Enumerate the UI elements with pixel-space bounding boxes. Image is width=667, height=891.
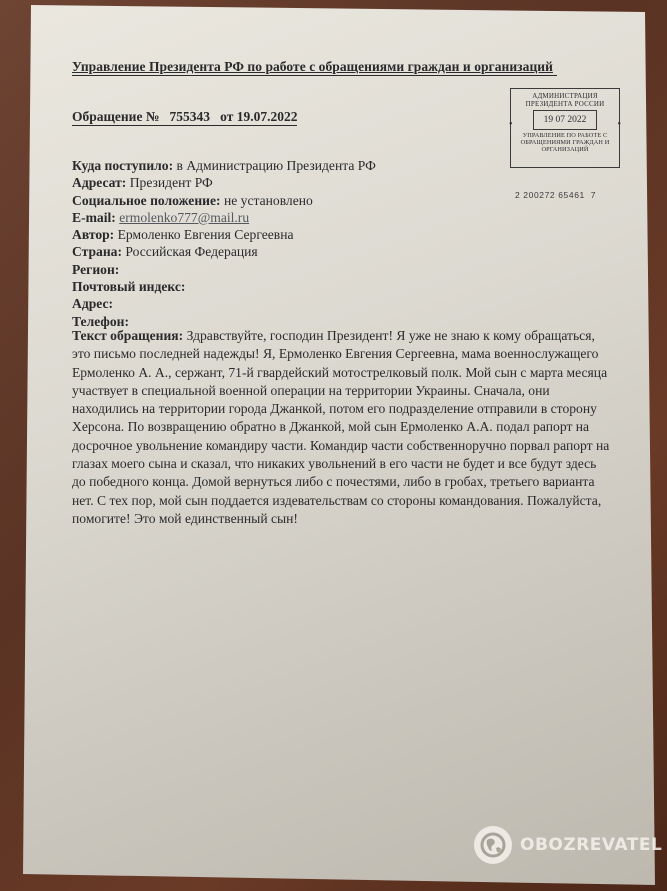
header-underline (72, 75, 557, 76)
stamp-date-box: • 19 07 2022 • (533, 110, 597, 130)
appeal-number-line: Обращение № 755343 от 19.07.2022 (72, 109, 297, 126)
field-row: Социальное положение: не установлено (72, 192, 376, 209)
appeal-text-line: нет. С тех пор, мой сын поддается издева… (72, 493, 601, 508)
field-label: Адресат: (72, 175, 126, 190)
document-header: Управление Президента РФ по работе с обр… (72, 59, 553, 75)
appeal-text-line: находились на территории города Джанкой,… (72, 401, 597, 416)
appeal-text-line: до победного конца. Домой вернуться либо… (72, 474, 595, 489)
appeal-text-line: Ермоленко А. А., сержант, 71-й гвардейск… (72, 365, 607, 380)
field-label: Куда поступило: (72, 158, 173, 173)
watermark: OBOZREVATEL (474, 826, 662, 864)
appeal-text-line: досрочное увольнение командиру части. Ко… (72, 438, 609, 453)
watermark-brand: OBOZREVATEL (520, 835, 662, 855)
stamp-top-text: АДМИНИСТРАЦИЯ ПРЕЗИДЕНТА РОССИИ (511, 92, 619, 108)
appeal-text-label: Текст обращения: (72, 328, 183, 343)
appeal-text-line: участвует в специальной военной операции… (72, 383, 550, 398)
field-row: Автор: Ермоленко Евгения Сергеевна (72, 226, 376, 243)
stamp-date: 19 07 2022 (544, 115, 587, 125)
appeal-text-line: Херсона. По возвращению обратно в Джанко… (72, 419, 589, 434)
stamp-dot-icon: • (617, 116, 621, 134)
field-label: E-mail: (72, 210, 116, 225)
appeal-text: Текст обращения: Здравствуйте, господин … (72, 327, 627, 528)
appeal-text-line: помогите! Это мой единственный сын! (72, 511, 298, 526)
appeal-text-line: Здравствуйте, господин Президент! Я уже … (183, 328, 595, 343)
field-value: Президент РФ (126, 175, 213, 190)
field-row: Адресат: Президент РФ (72, 174, 376, 191)
document: Управление Президента РФ по работе с обр… (0, 0, 667, 891)
field-row: Страна: Российская Федерация (72, 243, 376, 260)
stamp-dot-icon: • (509, 116, 513, 134)
field-row: Адрес: (72, 295, 376, 312)
field-label: Страна: (72, 244, 122, 259)
appeal-text-line: глазах моего сына и сказал, что никаких … (72, 456, 596, 471)
field-value: Ермоленко Евгения Сергеевна (114, 227, 293, 242)
barcode (522, 170, 598, 192)
field-row: Регион: (72, 261, 376, 278)
registration-stamp: АДМИНИСТРАЦИЯ ПРЕЗИДЕНТА РОССИИ • 19 07 … (510, 88, 620, 168)
globe-logo-icon (474, 826, 512, 864)
field-label: Адрес: (72, 296, 113, 311)
appeal-text-body: Здравствуйте, господин Президент! Я уже … (72, 328, 609, 526)
appeal-fields: Куда поступило: в Администрацию Президен… (72, 157, 376, 330)
email-link[interactable]: ermolenko777@mail.ru (119, 210, 249, 225)
field-value: не установлено (221, 193, 313, 208)
field-row: Куда поступило: в Администрацию Президен… (72, 157, 376, 174)
field-row: E-mail: ermolenko777@mail.ru (72, 209, 376, 226)
field-label: Почтовый индекс: (72, 279, 185, 294)
field-label: Автор: (72, 227, 114, 242)
field-label: Регион: (72, 262, 119, 277)
field-value: Российская Федерация (122, 244, 258, 259)
barcode-number: 2 200272 65461 7 (515, 190, 596, 200)
stamp-bottom-text: УПРАВЛЕНИЕ ПО РАБОТЕ С ОБРАЩЕНИЯМИ ГРАЖД… (511, 132, 619, 154)
field-row: Почтовый индекс: (72, 278, 376, 295)
field-value: в Администрацию Президента РФ (173, 158, 376, 173)
field-label: Социальное положение: (72, 193, 221, 208)
appeal-text-line: это письмо последней надежды! Я, Ермолен… (72, 346, 598, 361)
